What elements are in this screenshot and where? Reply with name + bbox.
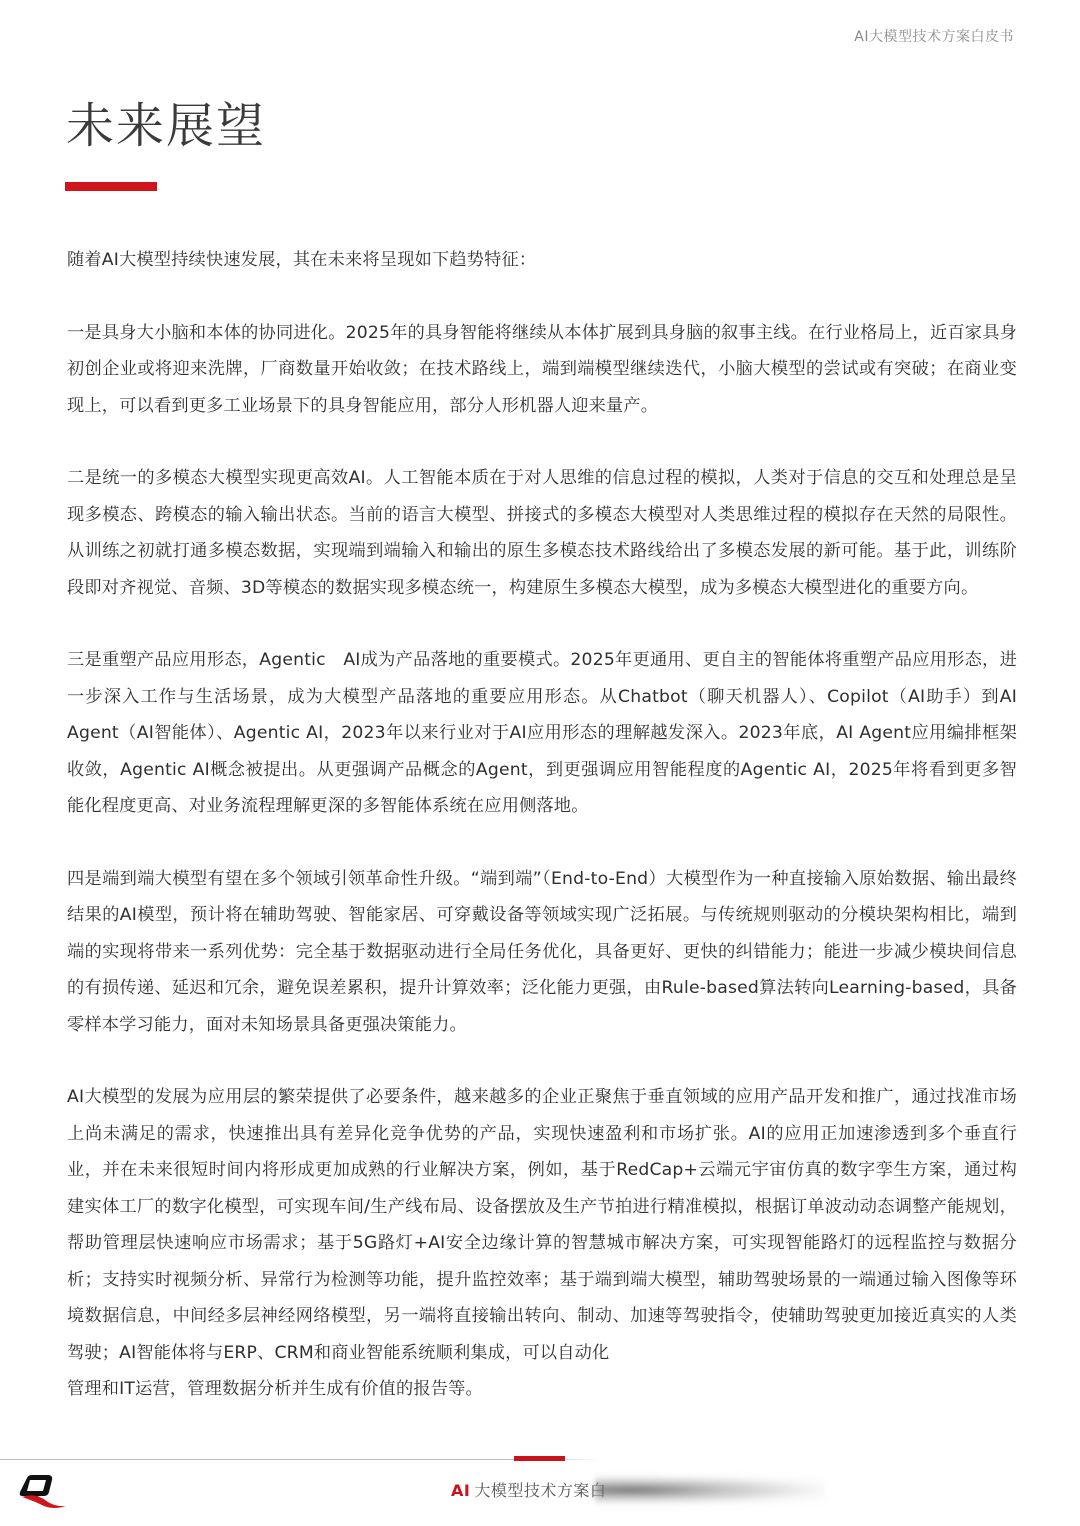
closing-paragraph-body: AI大模型的发展为应用层的繁荣提供了必要条件，越来越多的企业正聚焦于垂直领域的应… <box>67 1087 1017 1363</box>
closing-paragraph-tail: 管理和IT运营，管理数据分析并生成有价值的报告等。 <box>67 1371 1017 1408</box>
footer-smudge-artifact <box>595 1476 825 1504</box>
footer-divider <box>0 1459 600 1460</box>
footer-brand: AI <box>451 1481 470 1500</box>
article-body: 随着AI大模型持续快速发展，其在未来将呈现如下趋势特征： 一是具身大小脑和本体的… <box>67 242 1017 1408</box>
running-header: AI大模型技术方案白皮书 <box>854 26 1014 46</box>
trend-paragraph-3: 三是重塑产品应用形态，Agentic AI成为产品落地的重要模式。2025年更通… <box>67 642 1017 825</box>
closing-paragraph: AI大模型的发展为应用层的繁荣提供了必要条件，越来越多的企业正聚焦于垂直领域的应… <box>67 1079 1017 1408</box>
q-logo-icon <box>18 1474 70 1510</box>
footer-accent-bar <box>514 1456 565 1461</box>
trend-paragraph-1: 一是具身大小脑和本体的协同进化。2025年的具身智能将继续从本体扩展到具身脑的叙… <box>67 315 1017 425</box>
footer-title: AI大模型技术方案白 <box>451 1478 606 1501</box>
intro-paragraph: 随着AI大模型持续快速发展，其在未来将呈现如下趋势特征： <box>67 242 1017 279</box>
trend-paragraph-2: 二是统一的多模态大模型实现更高效AI。人工智能本质在于对人思维的信息过程的模拟，… <box>67 460 1017 606</box>
page-title: 未来展望 <box>66 96 266 156</box>
trend-paragraph-4: 四是端到端大模型有望在多个领域引领革命性升级。“端到端”（End-to-End）… <box>67 861 1017 1044</box>
footer-title-text: 大模型技术方案白 <box>474 1481 606 1500</box>
title-underline-accent <box>65 182 157 191</box>
